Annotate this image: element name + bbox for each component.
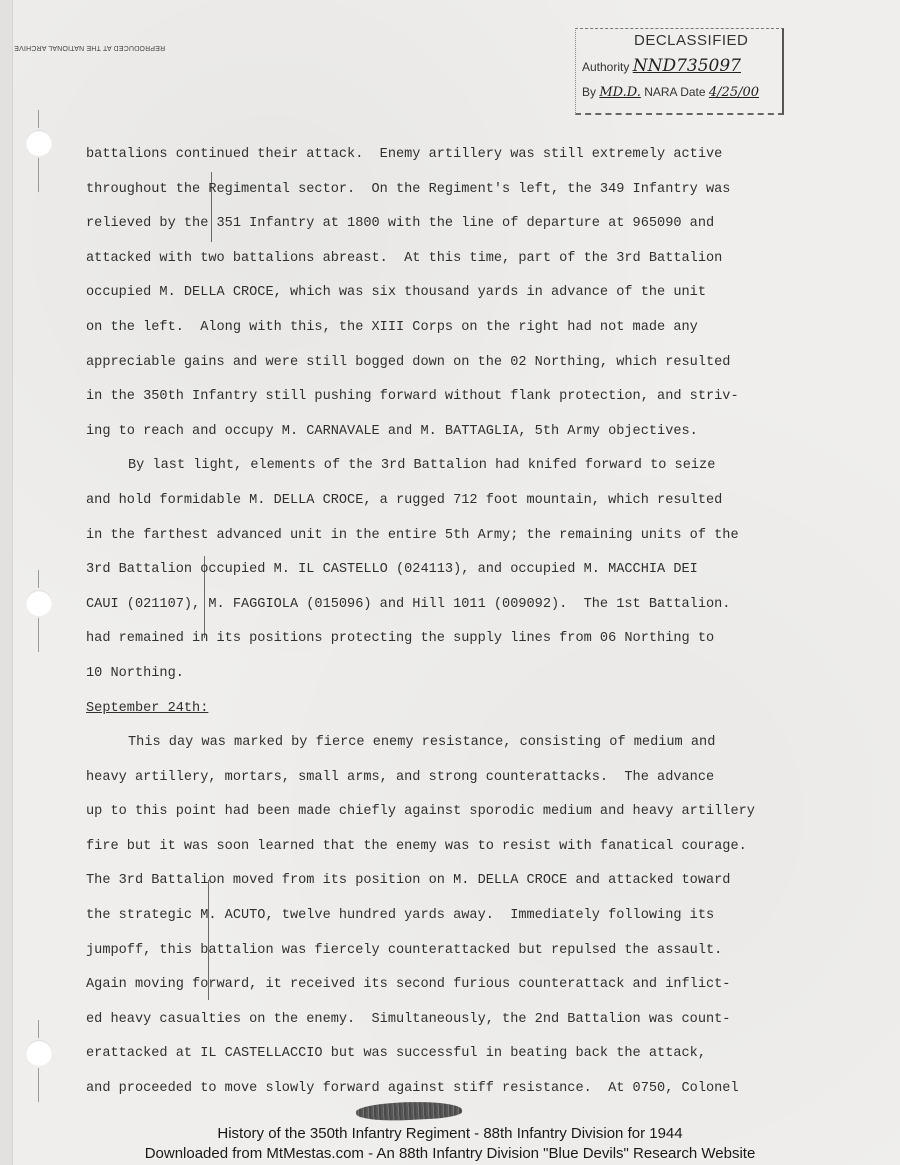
- stamp-by-label: By: [582, 85, 596, 99]
- stamp-by-row: By MD.D. NARA Date 4/25/00: [582, 85, 759, 100]
- binder-hole-icon: [26, 590, 52, 616]
- text-line: had remained in its positions protecting…: [86, 622, 806, 657]
- text-line: This day was marked by fierce enemy resi…: [86, 726, 806, 761]
- binder-hole-icon: [26, 130, 52, 156]
- text-line: in the 350th Infantry still pushing forw…: [86, 380, 806, 415]
- stamp-authority-label: Authority: [582, 60, 629, 74]
- text-line: on the left. Along with this, the XIII C…: [86, 311, 806, 346]
- text-line: erattacked at IL CASTELLACCIO but was su…: [86, 1037, 806, 1072]
- text-line: By last light, elements of the 3rd Batta…: [86, 449, 806, 484]
- footer-title: History of the 350th Infantry Regiment -…: [0, 1125, 900, 1142]
- text-line: jumpoff, this battalion was fiercely cou…: [86, 934, 806, 969]
- text-line: appreciable gains and were still bogged …: [86, 346, 806, 381]
- text-line: fire but it was soon learned that the en…: [86, 830, 806, 865]
- text-line: ing to reach and occupy M. CARNAVALE and…: [86, 415, 806, 450]
- text-line: occupied M. DELLA CROCE, which was six t…: [86, 276, 806, 311]
- stamp-nara-date-value: 4/25/00: [709, 85, 759, 100]
- text-line: ed heavy casualties on the enemy. Simult…: [86, 1003, 806, 1038]
- text-line: attacked with two battalions abreast. At…: [86, 242, 806, 277]
- text-line: in the farthest advanced unit in the ent…: [86, 519, 806, 554]
- archive-reproduction-mark: REPRODUCED AT THE NATIONAL ARCHIVE: [14, 44, 165, 51]
- scanned-document-page: REPRODUCED AT THE NATIONAL ARCHIVE DECLA…: [0, 0, 900, 1165]
- typewritten-body: battalions continued their attack. Enemy…: [86, 138, 806, 1107]
- text-line: The 3rd Battalion moved from its positio…: [86, 864, 806, 899]
- text-line: up to this point had been made chiefly a…: [86, 795, 806, 830]
- stamp-authority-value: NND735097: [633, 56, 741, 76]
- text-line: 10 Northing.: [86, 657, 806, 692]
- stamp-title: DECLASSIFIED: [634, 32, 748, 49]
- stamp-authority-row: Authority NND735097: [582, 56, 741, 76]
- text-line: heavy artillery, mortars, small arms, an…: [86, 761, 806, 796]
- text-line: battalions continued their attack. Enemy…: [86, 138, 806, 173]
- footer-source: Downloaded from MtMestas.com - An 88th I…: [0, 1145, 900, 1162]
- binder-hole-icon: [26, 1040, 52, 1066]
- text-line: CAUI (021107), M. FAGGIOLA (015096) and …: [86, 588, 806, 623]
- text-line: and hold formidable M. DELLA CROCE, a ru…: [86, 484, 806, 519]
- text-line: throughout the Regimental sector. On the…: [86, 173, 806, 208]
- stamp-by-value: MD.D.: [599, 85, 641, 100]
- stamp-nara-date-label: NARA Date: [644, 85, 705, 99]
- text-line: Again moving forward, it received its se…: [86, 968, 806, 1003]
- text-line: the strategic M. ACUTO, twelve hundred y…: [86, 899, 806, 934]
- text-line: relieved by the 351 Infantry at 1800 wit…: [86, 207, 806, 242]
- scan-edge-strip: [0, 0, 13, 1165]
- text-line: 3rd Battalion occupied M. IL CASTELLO (0…: [86, 553, 806, 588]
- text-line: and proceeded to move slowly forward aga…: [86, 1072, 806, 1107]
- section-heading: September 24th:: [86, 692, 806, 727]
- declassified-stamp: DECLASSIFIED Authority NND735097 By MD.D…: [575, 28, 784, 115]
